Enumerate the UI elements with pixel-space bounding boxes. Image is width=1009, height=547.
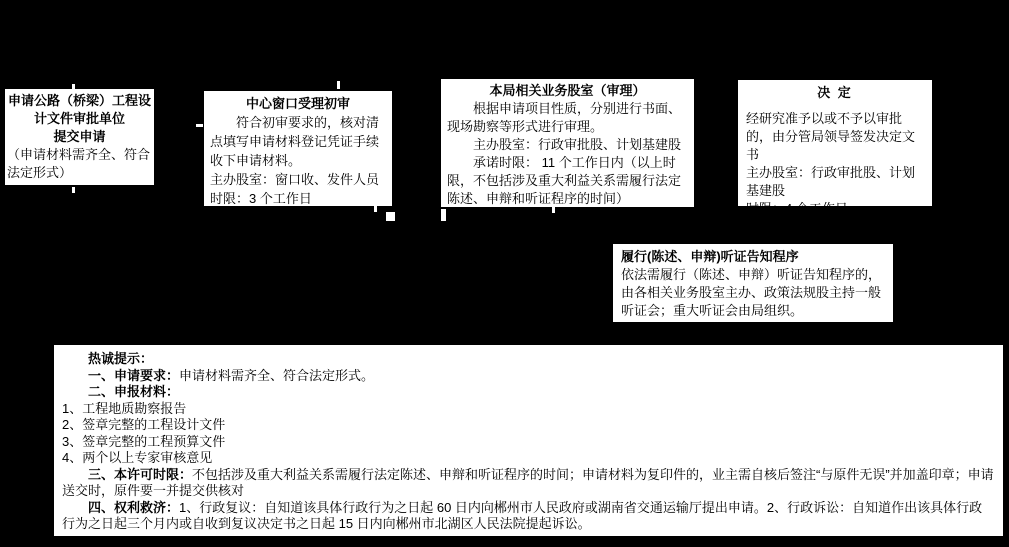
window-department: 主办股室：窗口收、发件人员 — [210, 170, 386, 189]
notice-requirements-line: 一、申请要求：申请材料需齐全、符合法定形式。 — [62, 368, 995, 385]
notice-materials-heading: 二、申报材料： — [62, 384, 995, 401]
flow-box-window-acceptance: 中心窗口受理初审 符合初审要求的，核对清点填写申请材料登记凭证手续收下申请材料。… — [203, 90, 393, 207]
hearing-title: 履行(陈述、申辩)听证告知程序 — [621, 248, 885, 266]
decision-title: 决 定 — [746, 84, 924, 102]
connector-tick — [441, 209, 446, 221]
connector-tick — [72, 187, 75, 193]
decision-department: 主办股室：行政审批股、计划基建股 — [746, 164, 924, 200]
decision-time-limit: 时限：4 个工作日 — [746, 200, 924, 218]
notice-remedy-line: 四、权利救济：1、行政复议：自知道该具体行政行为之日起 60 日内向郴州市人民政… — [62, 500, 995, 533]
notice-material-item: 2、签章完整的工程设计文件 — [62, 417, 995, 434]
review-para: 根据申请项目性质，分别进行书面、现场勘察等形式进行审理。 — [447, 100, 688, 136]
decision-para: 经研究准予以或不予以审批的，由分管局领导签发决定文书 — [746, 110, 924, 164]
review-time-limit: 承诺时限： 11 个工作日内（以上时限，不包括涉及重大利益关系需履行法定陈述、申… — [447, 154, 688, 208]
notice-time-limit-line: 三、本许可时限：不包括涉及重大利益关系需履行法定陈述、申辩和听证程序的时间；申请… — [62, 467, 995, 500]
notice-heading: 热诚提示： — [62, 351, 995, 368]
connector-tick — [196, 124, 203, 127]
notice-material-item: 1、工程地质勘察报告 — [62, 401, 995, 418]
apply-title: 申请公路（桥梁）工程设计文件审批单位 — [7, 92, 152, 128]
review-department: 主办股室：行政审批股、计划基建股 — [447, 136, 688, 154]
connector-tick — [337, 81, 340, 89]
notice-material-item: 4、两个以上专家审核意见 — [62, 450, 995, 467]
window-title: 中心窗口受理初审 — [210, 94, 386, 113]
apply-note: （申请材料需齐全、符合法定形式） — [7, 146, 152, 182]
window-para: 符合初审要求的，核对清点填写申请材料登记凭证手续收下申请材料。 — [210, 113, 386, 170]
connector-tick — [72, 84, 75, 90]
flowchart-canvas: { "diagram": { "background_color": "#000… — [0, 0, 1009, 547]
connector-tick — [374, 204, 377, 212]
apply-subtitle: 提交申请 — [7, 128, 152, 146]
flow-box-apply: 申请公路（桥梁）工程设计文件审批单位 提交申请 （申请材料需齐全、符合法定形式） — [4, 88, 155, 186]
notice-panel: 热诚提示： 一、申请要求：申请材料需齐全、符合法定形式。 二、申报材料： 1、工… — [53, 344, 1004, 537]
connector-tick — [386, 212, 395, 221]
flow-box-decision: 决 定 经研究准予以或不予以审批的，由分管局领导签发决定文书 主办股室：行政审批… — [737, 79, 933, 207]
hearing-para: 依法需履行（陈述、申辩）听证告知程序的，由各相关业务股室主办、政策法规股主持一般… — [621, 266, 885, 320]
notice-material-item: 3、签章完整的工程预算文件 — [62, 434, 995, 451]
review-title: 本局相关业务股室（审理） — [447, 82, 688, 100]
flow-box-hearing-procedure: 履行(陈述、申辩)听证告知程序 依法需履行（陈述、申辩）听证告知程序的，由各相关… — [612, 243, 894, 323]
flow-box-bureau-review: 本局相关业务股室（审理） 根据申请项目性质，分别进行书面、现场勘察等形式进行审理… — [440, 78, 695, 208]
connector-tick — [552, 204, 555, 213]
window-time-limit: 时限：3 个工作日 — [210, 189, 386, 208]
